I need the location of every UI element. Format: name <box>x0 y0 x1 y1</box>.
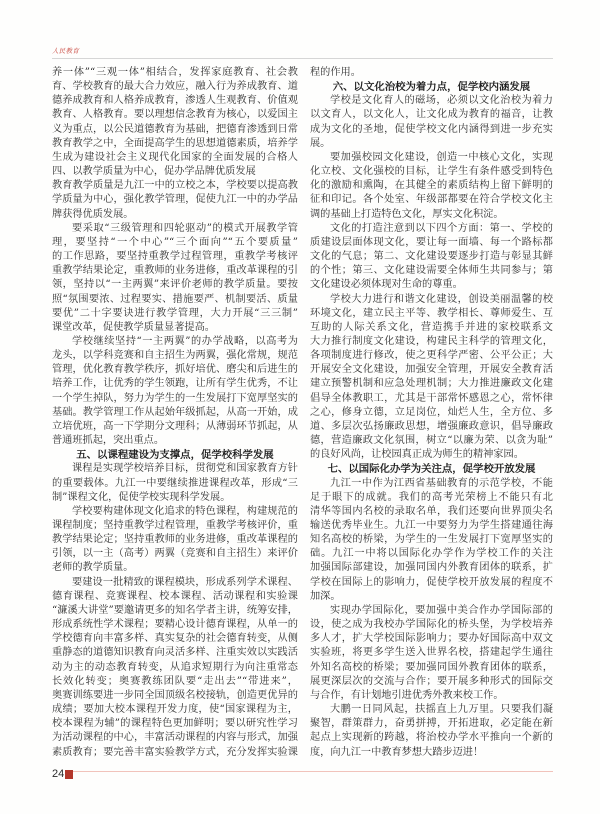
text-line: 德育课程、竞赛课程、校本课程、活动课程和实验课程。 <box>52 590 298 604</box>
text-line: 的工作思路，要坚持重教学过程管理，重教学考核评价， <box>52 250 298 264</box>
text-line: 开展安全文化建设，加强安全管理，开展安全教育活动， <box>310 363 553 377</box>
right-column: 程的作用。六、以文化治校为着力点，促学校内涵发展学校是文化育人的磁场，必须以文化… <box>310 66 553 760</box>
text-line: 理，要坚持“一个中心”“三个面向”“五个要质量” <box>52 236 298 250</box>
text-line: 化的激励和熏陶，在其健全的素质结构上留下鲜明的特 <box>310 179 553 193</box>
text-line: 课堂改革，促使教学质量显著提高。 <box>52 321 298 335</box>
text-line: 立培优班，高一下学期分文理科；从薄弱环节抓起，从 <box>52 420 298 434</box>
text-line: 的良好风尚，让校园真正成为师生的精神家园。 <box>310 448 553 462</box>
text-line: 学校继续坚持“一主两翼”的办学战略，以高考为 <box>52 335 298 349</box>
text-line: 生成为建设社会主义现代化国家的全面发展的合格人才。 <box>52 151 298 165</box>
text-line: 文化的打造注意到以下四个方面：第一、学校的物 <box>310 222 553 236</box>
text-line: 设，使之成为我校办学国际化的桥头堡，为学校培养更 <box>310 618 553 632</box>
text-line: 动为主的动态教育转变，从追求短期行为向注重常态化、 <box>52 661 298 675</box>
text-line: 大力推行制度文化建设，构建民主科学的管理文化，对 <box>310 335 553 349</box>
text-line: 建立预警机制和应急处理机制；大力推进廉政文化建设， <box>310 377 553 391</box>
magazine-logo: 人民教育 <box>52 47 79 55</box>
text-line: 展。 <box>310 137 553 151</box>
text-line: 学校是文化育人的磁场，必须以文化治校为着力点， <box>310 94 553 108</box>
text-line: 要建设一批精致的课程模块，形成系列学术课程、 <box>52 576 298 590</box>
text-line: 引领，以一主（高考）两翼（竞赛和自主招生）来评价 <box>52 547 298 561</box>
text-line: 牌获得优质发展。 <box>52 208 298 222</box>
text-line: 成绩；要加大校本课程开发力度，使“国家课程为主， <box>52 703 298 717</box>
text-line: 课程制度；坚持重教学过程管理，重教学考核评价，重 <box>52 519 298 533</box>
text-line: 化立校、文化强校的目标，让学生有条件感受到特色文 <box>310 165 553 179</box>
text-line: 学质量为中心，强化教学管理，促使九江一中的办学品 <box>52 193 298 207</box>
text-line: 学校在国际上的影响力，促使学校开放发展的程度不断 <box>310 576 553 590</box>
text-line: 义为重点，以公民道德教育为基础，把德育渗透到日常 <box>52 123 298 137</box>
text-line: 教育、人格教育。要以理想信念教育为核心，以爱国主 <box>52 108 298 122</box>
text-line: 文化建设必须体现对生命的尊重。 <box>310 278 553 292</box>
text-line: 重静态的道德知识教育向灵活多样、注重实效以实践活 <box>52 646 298 660</box>
text-line: 外知名高校的桥梁；要加强同国外教育团体的联系，开 <box>310 661 553 675</box>
text-line: 调的基础上打造特色文化，厚实文化积淀。 <box>310 208 553 222</box>
text-line: 培养工作，让优秀的学生领跑，让所有学生优秀，不让 <box>52 377 298 391</box>
text-line: 长效化转变；奥赛教练团队要“走出去”“带进来”， <box>52 675 298 689</box>
text-line: 基础。教学管理工作从起始年级抓起，从高一开始，成 <box>52 406 298 420</box>
text-line: 要加强校园文化建设，创造一中核心文化，实现文 <box>310 151 553 165</box>
text-line: “濂溪大讲堂”要邀请更多的知名学者主讲，统筹安排， <box>52 604 298 618</box>
text-line: 度，向九江一中教育梦想大踏步迈进！ <box>310 746 553 760</box>
text-line: 奥赛训练要进一步同全国顶级名校接轨，创造更优异的 <box>52 689 298 703</box>
text-line: 要优”二十字要诀进行教学管理，大力开展“三三制” <box>52 307 298 321</box>
text-line: 加深。 <box>310 590 553 604</box>
text-line: 础。九江一中将以国际化办学作为学校工作的关注点， <box>310 547 553 561</box>
text-line: 互助的人际关系文化，营造携手并进的家校联系文化； <box>310 321 553 335</box>
text-line: 聚智，群策群力，奋勇拼搏，开拓进取，必定能在新的 <box>310 717 553 731</box>
text-line: 一个学生掉队，努力为学生的一生发展打下宽厚坚实的 <box>52 392 298 406</box>
text-line: 照“氛围要浓、过程要实、措施要严、机制要活、质量 <box>52 293 298 307</box>
text-line: 养一体”“三观一体”相结合，发挥家庭教育、社会教 <box>52 66 298 80</box>
text-line: 倡导全体教职工，尤其是干部常怀感恩之心，常怀律己 <box>310 392 553 406</box>
text-line: 校本课程为辅”的课程特色更加鲜明；要以研究性学习 <box>52 717 298 731</box>
text-line: 德养成教育和人格养成教育，渗透人生观教育、价值观 <box>52 94 298 108</box>
text-line: 要采取“三级管理和四轮驱动”的模式开展教学管 <box>52 222 298 236</box>
text-line: 实验班，将更多学生送入世界名校，搭建起学生通往海 <box>310 646 553 660</box>
text-line: 学校要构建体现文化追求的特色课程，构建规范的 <box>52 505 298 519</box>
text-line: 程的作用。 <box>310 66 553 80</box>
text-line: 以文育人，以文化人，让文化成为教育的福音，让教育 <box>310 108 553 122</box>
section-heading: 五、以课程建设为支撑点，促学校科学发展 <box>52 448 298 462</box>
text-line: 领，坚持以“一主两翼”来评价老师的教学质量。要按 <box>52 278 298 292</box>
text-line: 大鹏一日同风起，扶摇直上九万里。只要我们凝心 <box>310 703 553 717</box>
text-line: 四、以教学质量为中心，促办学品牌优质发展 <box>52 165 298 179</box>
text-line: 为活动课程的中心，丰富活动课程的内容与形式，加强 <box>52 731 298 745</box>
text-line: 质建设层面体现文化，要让每一面墙、每一个路标都有 <box>310 236 553 250</box>
text-line: 育、学校教育的最大合力效应，融入行为养成教育、道 <box>52 80 298 94</box>
text-line: 德，营造廉政文化氛围，树立“以廉为荣、以贪为耻” <box>310 434 553 448</box>
text-line: 征和印记。各个处室、年级部都要在符合学校文化主基 <box>310 193 553 207</box>
text-line: 加强国际部建设，加强同国内外教育团体的联系，扩大 <box>310 561 553 575</box>
section-heading: 六、以文化治校为着力点，促学校内涵发展 <box>310 80 553 94</box>
text-line: 形成系统性学术课程；要精心设计德育课程，从单一的 <box>52 618 298 632</box>
text-line: 素质教育；要完善丰富实验教学方式，充分发挥实验课 <box>52 746 298 760</box>
text-line: 与合作，有计划地引进优秀外教来校工作。 <box>310 689 553 703</box>
text-line: 实现办学国际化，要加强中美合作办学国际部的建 <box>310 604 553 618</box>
text-line: 的个性；第三、文化建设需要全体师生共同参与；第四、 <box>310 264 553 278</box>
text-line: 展更深层次的交流与合作；要开展多种形式的国际交流 <box>310 675 553 689</box>
text-line: 成为文化的圣地，促使学校文化内涵得到进一步充实发 <box>310 123 553 137</box>
page-number: 24 <box>52 768 64 781</box>
text-line: 起点上实现新的跨越，将治校办学水平推向一个新的高 <box>310 731 553 745</box>
text-line: 教育教学质量是九江一中的立校之本，学校要以提高教 <box>52 179 298 193</box>
text-line: 道、多层次弘扬廉政思想，增强廉政意识，倡导廉政道 <box>310 420 553 434</box>
text-line: 制”课程文化，促使学校实现科学发展。 <box>52 491 298 505</box>
text-line: 龙头，以学科竞赛和自主招生为两翼，强化常规，规范 <box>52 349 298 363</box>
text-line: 足于眼下的成就。我们的高考光荣榜上不能只有北大、 <box>310 491 553 505</box>
text-line: 管理，优化教育教学秩序，抓好培优、磨尖和后进生的 <box>52 363 298 377</box>
text-line: 多人才，扩大学校国际影响力；要办好国际高中双文凭 <box>310 632 553 646</box>
text-line: 重教学结果论定，重教师的业务进修，重改革课程的引 <box>52 264 298 278</box>
text-line: 各项制度进行修改，使之更科学严密、公平公正；大力 <box>310 349 553 363</box>
text-line: 环境文化，建立民主平等、教学相长、尊师爱生、互帮 <box>310 307 553 321</box>
text-line: 老师的教学质量。 <box>52 561 298 575</box>
text-line: 的重要载体。九江一中要继续推进课程改革，形成“三三 <box>52 477 298 491</box>
text-line: 之心，修身立德，立足岗位，灿烂人生，全方位、多渠 <box>310 406 553 420</box>
text-line: 文化的气息；第二、文化建设要逐步打造与彰显其鲜明 <box>310 250 553 264</box>
text-line: 学校德育向丰富多样、真实复杂的社会德育转变，从侧 <box>52 632 298 646</box>
left-column: 养一体”“三观一体”相结合，发挥家庭教育、社会教育、学校教育的最大合力效应，融入… <box>52 66 298 760</box>
page-number-marker <box>65 770 73 779</box>
text-line: 九江一中作为江西省基础教育的示范学校，不能满 <box>310 477 553 491</box>
text-line: 课程是实现学校培养目标，贯彻党和国家教育方针 <box>52 462 298 476</box>
header-rule <box>52 58 553 59</box>
text-line: 清华等国内名校的录取名单，我们还要向世界顶尖名校 <box>310 505 553 519</box>
text-line: 输送优秀毕业生。九江一中要努力为学生搭建通往海外 <box>310 519 553 533</box>
text-line: 教育教学之中，全面提高学生的思想道德素质，培养学 <box>52 137 298 151</box>
text-line: 学校大力进行和谐文化建设，创设美丽温馨的校园 <box>310 293 553 307</box>
text-line: 知名高校的桥梁，为学生的一生发展打下宽厚坚实的基 <box>310 533 553 547</box>
section-heading: 七、以国际化办学为关注点，促学校开放发展 <box>310 462 553 476</box>
text-line: 普通班抓起，突出重点。 <box>52 434 298 448</box>
footer-rule <box>73 771 553 772</box>
text-line: 教学结果论定；坚持重教师的业务进修，重改革课程的 <box>52 533 298 547</box>
